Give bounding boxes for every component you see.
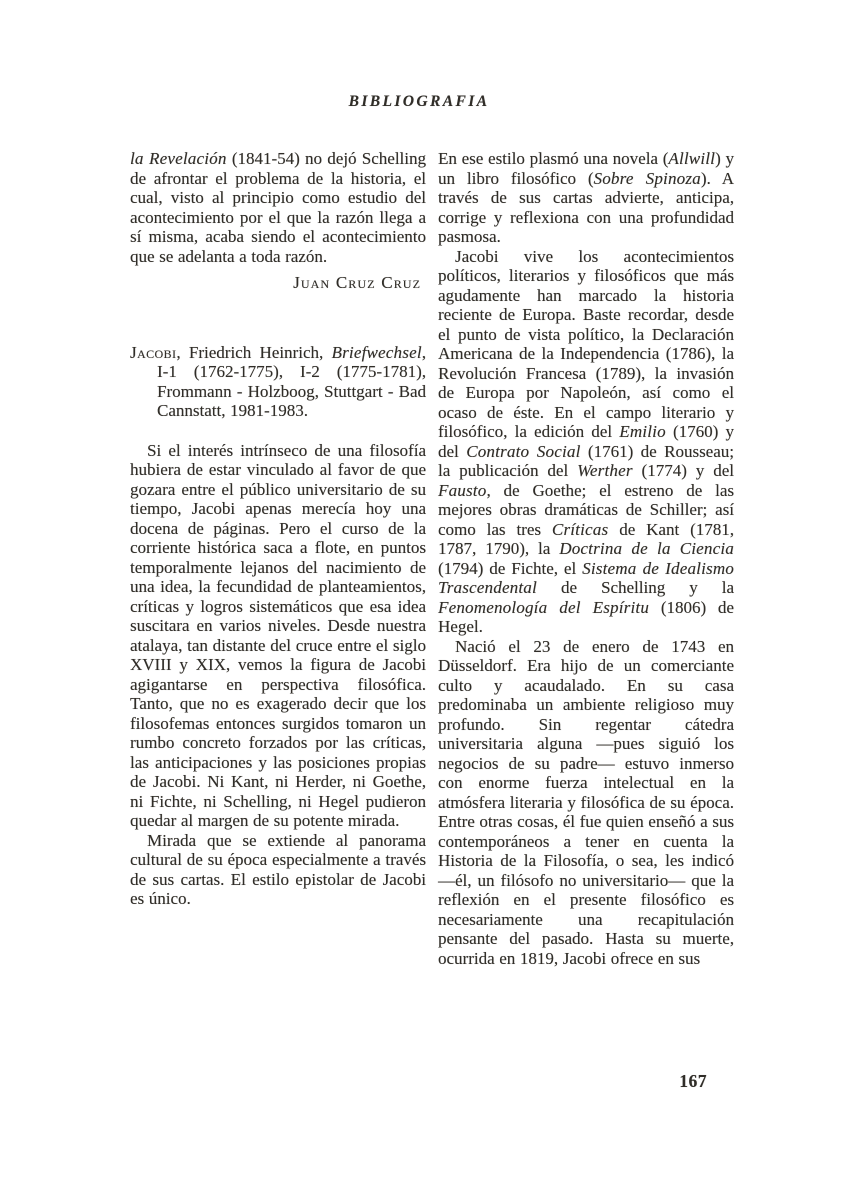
body-paragraph: Si el interés intrínseco de una filosofí… [130,441,426,831]
author-signature: Juan Cruz Cruz [130,273,426,293]
body-paragraph: Mirada que se extiende al panorama cultu… [130,831,426,909]
body-paragraph: Jacobi vive los acontecimientos político… [438,247,734,637]
page-header-title: BIBLIOGRAFIA [130,93,708,111]
page-number: 167 [635,1071,707,1092]
body-paragraph: Nació el 23 de enero de 1743 en Düsseldo… [438,637,734,969]
continuation-paragraph: la Revelación (1841-54) no dejó Schellin… [130,149,426,266]
continuation-paragraph: En ese estilo plasmó una novela (Allwill… [438,149,734,247]
left-column: la Revelación (1841-54) no dejó Schellin… [130,149,426,909]
bibliography-entry: Jacobi, Friedrich Heinrich, Briefwechsel… [130,343,426,421]
scanned-document-page: BIBLIOGRAFIA la Revelación (1841-54) no … [0,0,850,1200]
right-column: En ese estilo plasmó una novela (Allwill… [438,149,734,968]
